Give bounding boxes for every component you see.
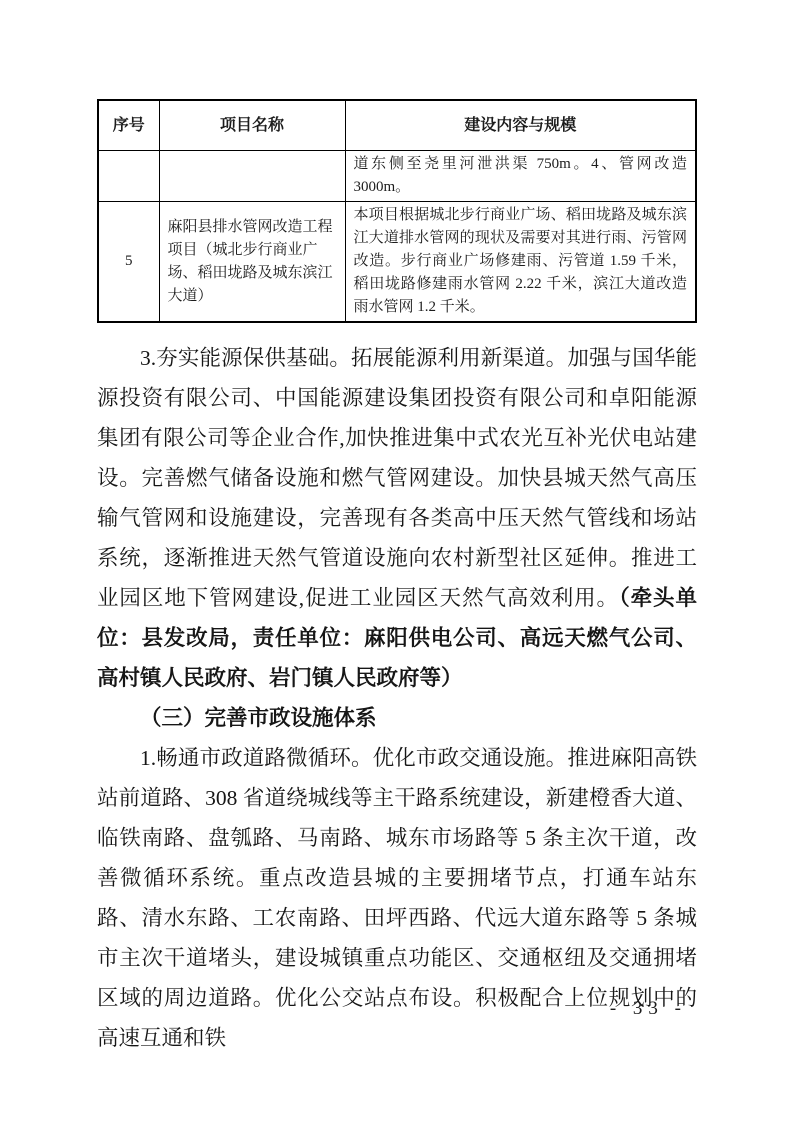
table-cell-name [159,151,345,202]
table-cell-seq [98,151,159,202]
table-row-project-5: 5 麻阳县排水管网改造工程项目（城北步行商业广场、稻田垅路及城东滨江大道） 本项… [98,202,696,323]
paragraph-roads: 1.畅通市政道路微循环。优化市政交通设施。推进麻阳高铁站前道路、308 省道绕城… [97,738,697,1058]
page-content: 序号 项目名称 建设内容与规模 道东侧至尧里河泄洪渠 750m。4、管网改造 3… [97,99,697,1058]
body-text: 3.夯实能源保供基础。拓展能源利用新渠道。加强与国华能源投资有限公司、中国能源建… [97,338,697,1058]
paragraph-energy-text: 3.夯实能源保供基础。拓展能源利用新渠道。加强与国华能源投资有限公司、中国能源建… [97,346,697,610]
table-cell-name: 麻阳县排水管网改造工程项目（城北步行商业广场、稻田垅路及城东滨江大道） [159,202,345,323]
project-table: 序号 项目名称 建设内容与规模 道东侧至尧里河泄洪渠 750m。4、管网改造 3… [97,99,697,323]
page-number: - 33 - [610,998,687,1020]
table-header-seq: 序号 [98,100,159,151]
table-header-row: 序号 项目名称 建设内容与规模 [98,100,696,151]
section-heading: （三）完善市政设施体系 [97,698,697,738]
table-cell-seq: 5 [98,202,159,323]
table-cell-desc: 道东侧至尧里河泄洪渠 750m。4、管网改造 3000m。 [345,151,696,202]
paragraph-energy: 3.夯实能源保供基础。拓展能源利用新渠道。加强与国华能源投资有限公司、中国能源建… [97,338,697,698]
table-row-continuation: 道东侧至尧里河泄洪渠 750m。4、管网改造 3000m。 [98,151,696,202]
table-header-name: 项目名称 [159,100,345,151]
table-header-desc: 建设内容与规模 [345,100,696,151]
document-page: 序号 项目名称 建设内容与规模 道东侧至尧里河泄洪渠 750m。4、管网改造 3… [0,0,793,1122]
table-cell-desc: 本项目根据城北步行商业广场、稻田垅路及城东滨江大道排水管网的现状及需要对其进行雨… [345,202,696,323]
